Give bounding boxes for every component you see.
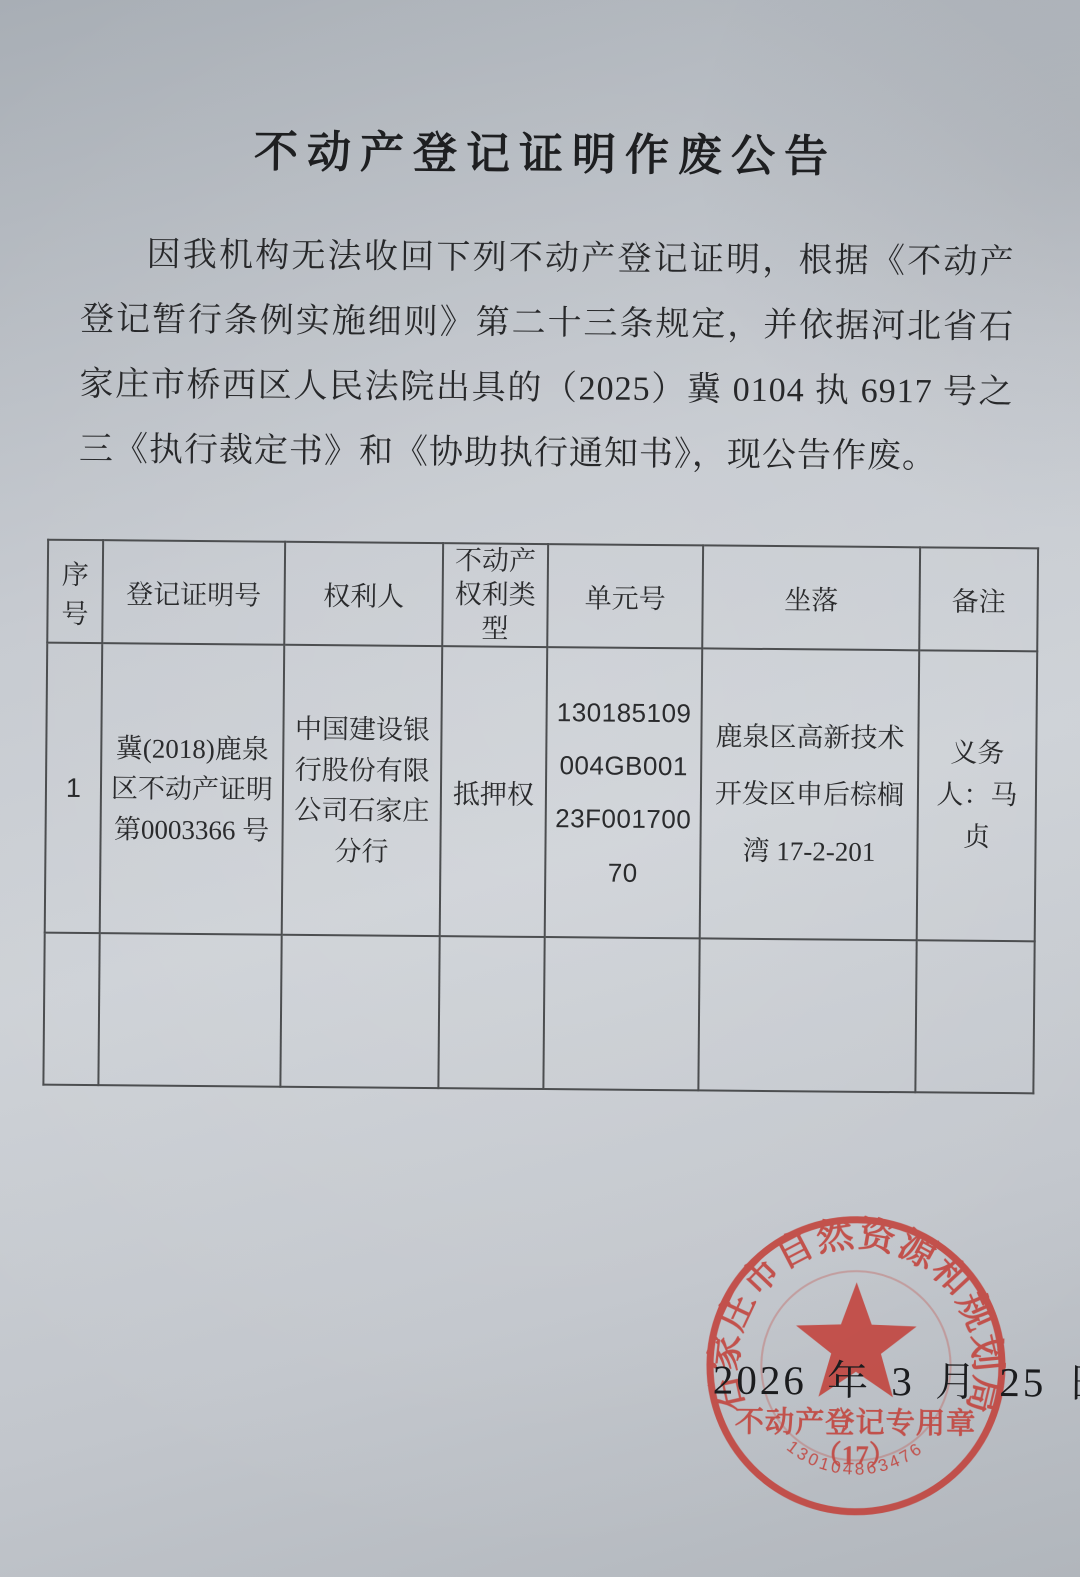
table-row-empty [43, 933, 1034, 1094]
empty-cell [280, 935, 439, 1088]
header-index: 序号 [47, 540, 103, 644]
cell-remark: 义务人：马贞 [917, 651, 1038, 942]
cell-location: 鹿泉区高新技术开发区申后棕榈湾 17-2-201 [700, 649, 920, 941]
empty-cell [543, 937, 699, 1090]
cell-unit-no: 130185109004GB00123F00170070 [545, 647, 703, 938]
paragraph-line: 因我机构无法收回下列不动产登记证明，根据《不动产 [80, 222, 1015, 295]
table-header-row: 序号 登记证明号 权利人 不动产权利类型 单元号 坐落 备注 [47, 540, 1038, 652]
cell-holder: 中国建设银行股份有限公司石家庄分行 [282, 645, 443, 936]
empty-cell [98, 933, 281, 1087]
document-page: 不动产登记证明作废公告 因我机构无法收回下列不动产登记证明，根据《不动产 登记暂… [0, 0, 1080, 1577]
empty-cell [915, 941, 1034, 1094]
header-location: 坐落 [702, 545, 920, 650]
cell-index: 1 [45, 643, 103, 933]
table-row: 1 冀(2018)鹿泉区不动产证明第0003366 号 中国建设银行股份有限公司… [45, 643, 1037, 942]
body-paragraph: 因我机构无法收回下列不动产登记证明，根据《不动产 登记暂行条例实施细则》第二十三… [79, 222, 1015, 490]
header-right-type: 不动产权利类型 [442, 543, 548, 647]
empty-cell [43, 933, 99, 1085]
page-title: 不动产登记证明作废公告 [5, 113, 1080, 186]
header-remark: 备注 [919, 547, 1038, 651]
seal-center-label: 不动产登记专用章 [735, 1404, 977, 1440]
paragraph-line: 三《执行裁定书》和《协助执行通知书》，现公告作废。 [79, 417, 1014, 490]
empty-cell [438, 936, 544, 1089]
header-holder: 权利人 [284, 542, 443, 647]
paragraph-line: 家庄市桥西区人民法院出具的（2025）冀 0104 执 6917 号之 [79, 352, 1014, 425]
empty-cell [698, 939, 916, 1093]
cell-cert-no: 冀(2018)鹿泉区不动产证明第0003366 号 [100, 643, 285, 935]
header-unit-no: 单元号 [547, 544, 703, 649]
issue-date: 2026 年 3 月 25 日 [713, 1347, 1080, 1409]
header-cert-no: 登记证明号 [102, 540, 285, 645]
paragraph-line: 登记暂行条例实施细则》第二十三条规定，并依据河北省石 [80, 287, 1015, 360]
cell-right-type: 抵押权 [440, 646, 548, 937]
certificates-table: 序号 登记证明号 权利人 不动产权利类型 单元号 坐落 备注 1 冀(2018)… [42, 539, 1039, 1095]
